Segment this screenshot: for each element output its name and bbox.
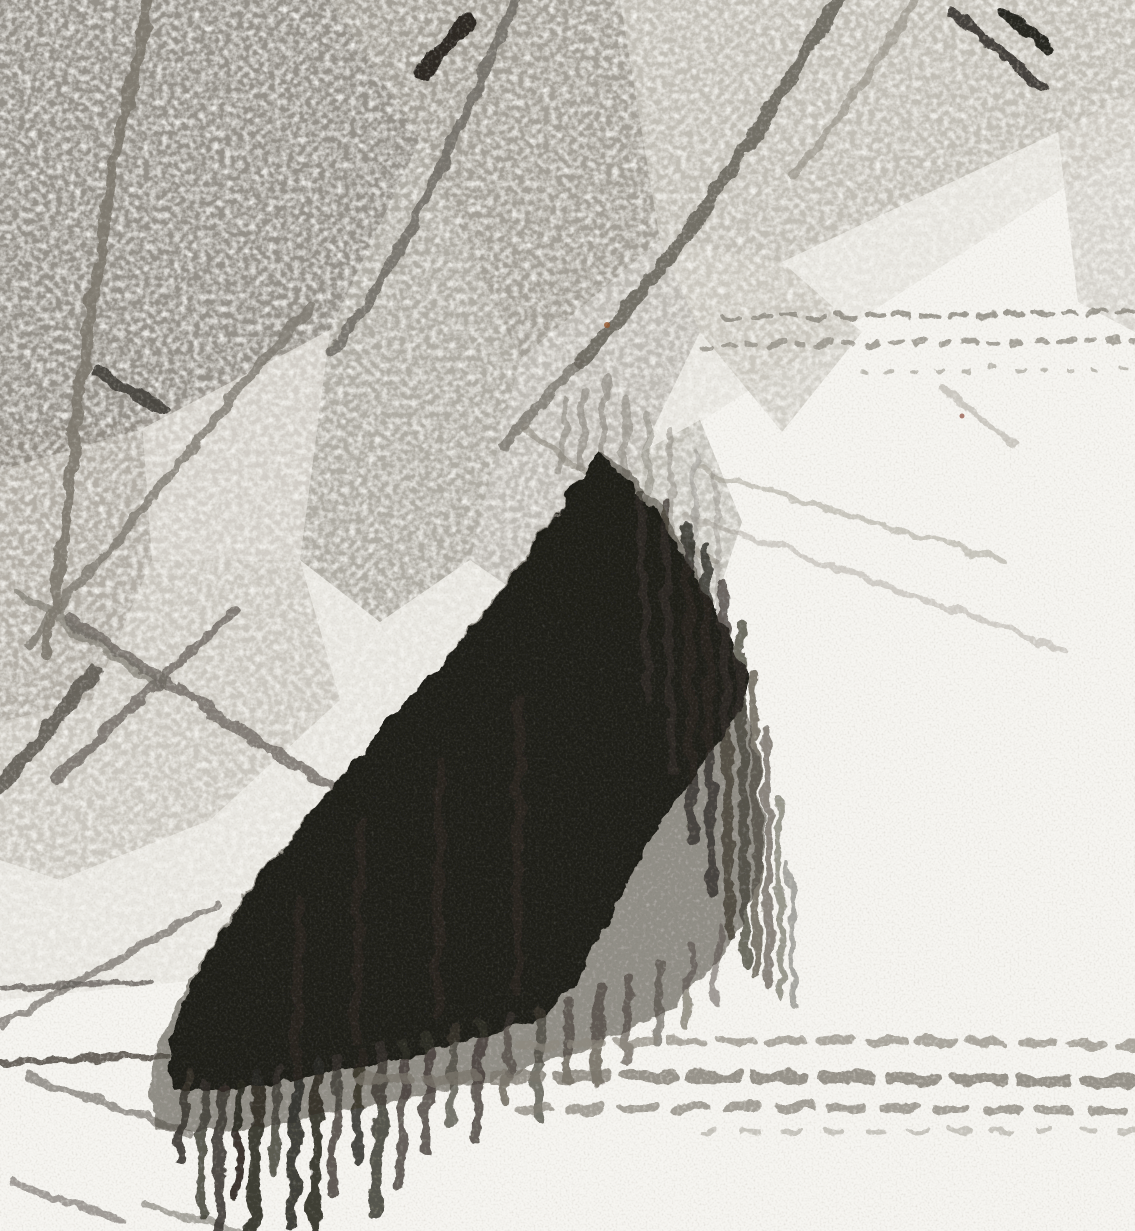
rust-speck [960, 414, 965, 419]
rust-speck [604, 322, 610, 328]
fringe-strand [657, 962, 660, 1042]
veil-strand [580, 388, 585, 470]
fringe-strand [236, 1082, 240, 1196]
fringe-strand [790, 862, 794, 1006]
fringe-strand [687, 946, 690, 1026]
drawing-page [0, 0, 1135, 1231]
fringe-strand [754, 672, 758, 976]
fringe-strand [778, 796, 782, 996]
fringe-strand [536, 1010, 540, 1118]
fringe-strand [356, 1052, 360, 1162]
fringe-strand [252, 1078, 258, 1230]
fringe-strand [218, 1086, 222, 1230]
fringe-strand [200, 1082, 205, 1216]
fringe-strand [314, 1062, 318, 1231]
fringe-strand [426, 1034, 430, 1152]
conte-crayon-drawing [0, 0, 1135, 1231]
fringe-strand [292, 1068, 298, 1226]
fringe-strand [400, 1042, 405, 1182]
drawing-svg [0, 0, 1135, 1231]
fringe-strand [376, 1048, 382, 1212]
fringe-strand [596, 990, 600, 1078]
fringe-strand [716, 928, 720, 1002]
fringe-strand [274, 1072, 278, 1172]
fringe-strand [626, 976, 630, 1062]
veil-strand [602, 378, 606, 462]
fringe-strand [766, 730, 770, 986]
fringe-strand [332, 1058, 338, 1192]
